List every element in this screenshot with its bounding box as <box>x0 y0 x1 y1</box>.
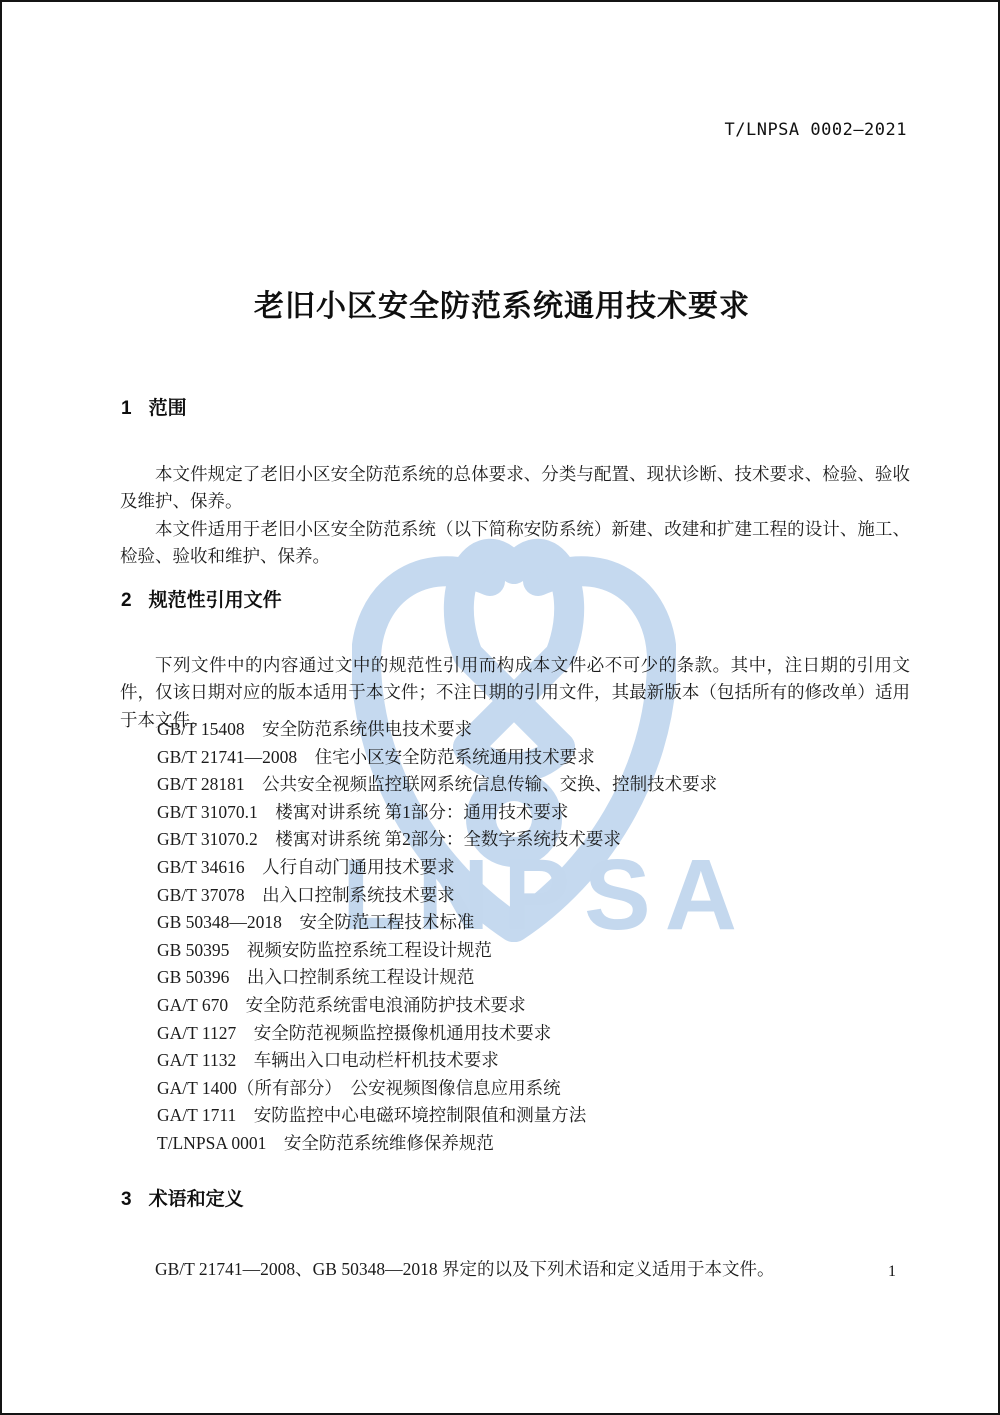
reference-item: GB 50395 视频安防监控系统工程设计规范 <box>157 937 927 965</box>
reference-item: GB 50396 出入口控制系统工程设计规范 <box>157 964 927 992</box>
reference-item: GA/T 1127 安全防范视频监控摄像机通用技术要求 <box>157 1020 927 1048</box>
section-1-number: 1 <box>121 398 132 420</box>
reference-item: GB/T 21741—2008 住宅小区安全防范系统通用技术要求 <box>157 744 927 772</box>
reference-item: GB/T 31070.1 楼寓对讲系统 第1部分：通用技术要求 <box>157 799 927 827</box>
page-number: 1 <box>882 1263 902 1281</box>
document-title: 老旧小区安全防范系统通用技术要求 <box>2 281 1000 325</box>
reference-item: GB/T 28181 公共安全视频监控联网系统信息传输、交换、控制技术要求 <box>157 771 927 799</box>
section-2-number: 2 <box>121 590 132 612</box>
normative-references-list: GB/T 15408 安全防范系统供电技术要求GB/T 21741—2008 住… <box>157 716 927 1158</box>
reference-item: GA/T 670 安全防范系统雷电浪涌防护技术要求 <box>157 992 927 1020</box>
reference-item: GB/T 31070.2 楼寓对讲系统 第2部分：全数字系统技术要求 <box>157 826 927 854</box>
section-3-title: 术语和定义 <box>149 1189 244 1210</box>
reference-item: GB/T 15408 安全防范系统供电技术要求 <box>157 716 927 744</box>
reference-item: GA/T 1711 安防监控中心电磁环境控制限值和测量方法 <box>157 1102 927 1130</box>
section-1-paragraph-1: 本文件规定了老旧小区安全防范系统的总体要求、分类与配置、现状诊断、技术要求、检验… <box>120 461 910 516</box>
section-2-heading: 2规范性引用文件 <box>121 585 911 612</box>
document-page: LNPSA T/LNPSA 0002—2021 老旧小区安全防范系统通用技术要求… <box>0 0 1000 1415</box>
section-3-paragraph-1: GB/T 21741—2008、GB 50348—2018 界定的以及下列术语和… <box>120 1256 910 1284</box>
section-2-title: 规范性引用文件 <box>149 590 282 611</box>
reference-item: T/LNPSA 0001 安全防范系统维修保养规范 <box>157 1130 927 1158</box>
section-1-title: 范围 <box>149 398 187 419</box>
reference-item: GA/T 1132 车辆出入口电动栏杆机技术要求 <box>157 1047 927 1075</box>
section-1-paragraph-2: 本文件适用于老旧小区安全防范系统（以下简称安防系统）新建、改建和扩建工程的设计、… <box>120 516 910 571</box>
reference-item: GB/T 34616 人行自动门通用技术要求 <box>157 854 927 882</box>
reference-item: GA/T 1400（所有部分） 公安视频图像信息应用系统 <box>157 1075 927 1103</box>
section-3-number: 3 <box>121 1189 132 1211</box>
section-3-heading: 3术语和定义 <box>121 1184 911 1211</box>
reference-item: GB/T 37078 出入口控制系统技术要求 <box>157 882 927 910</box>
section-1-heading: 1范围 <box>121 393 911 420</box>
document-number: T/LNPSA 0002—2021 <box>2 120 907 140</box>
reference-item: GB 50348—2018 安全防范工程技术标准 <box>157 909 927 937</box>
